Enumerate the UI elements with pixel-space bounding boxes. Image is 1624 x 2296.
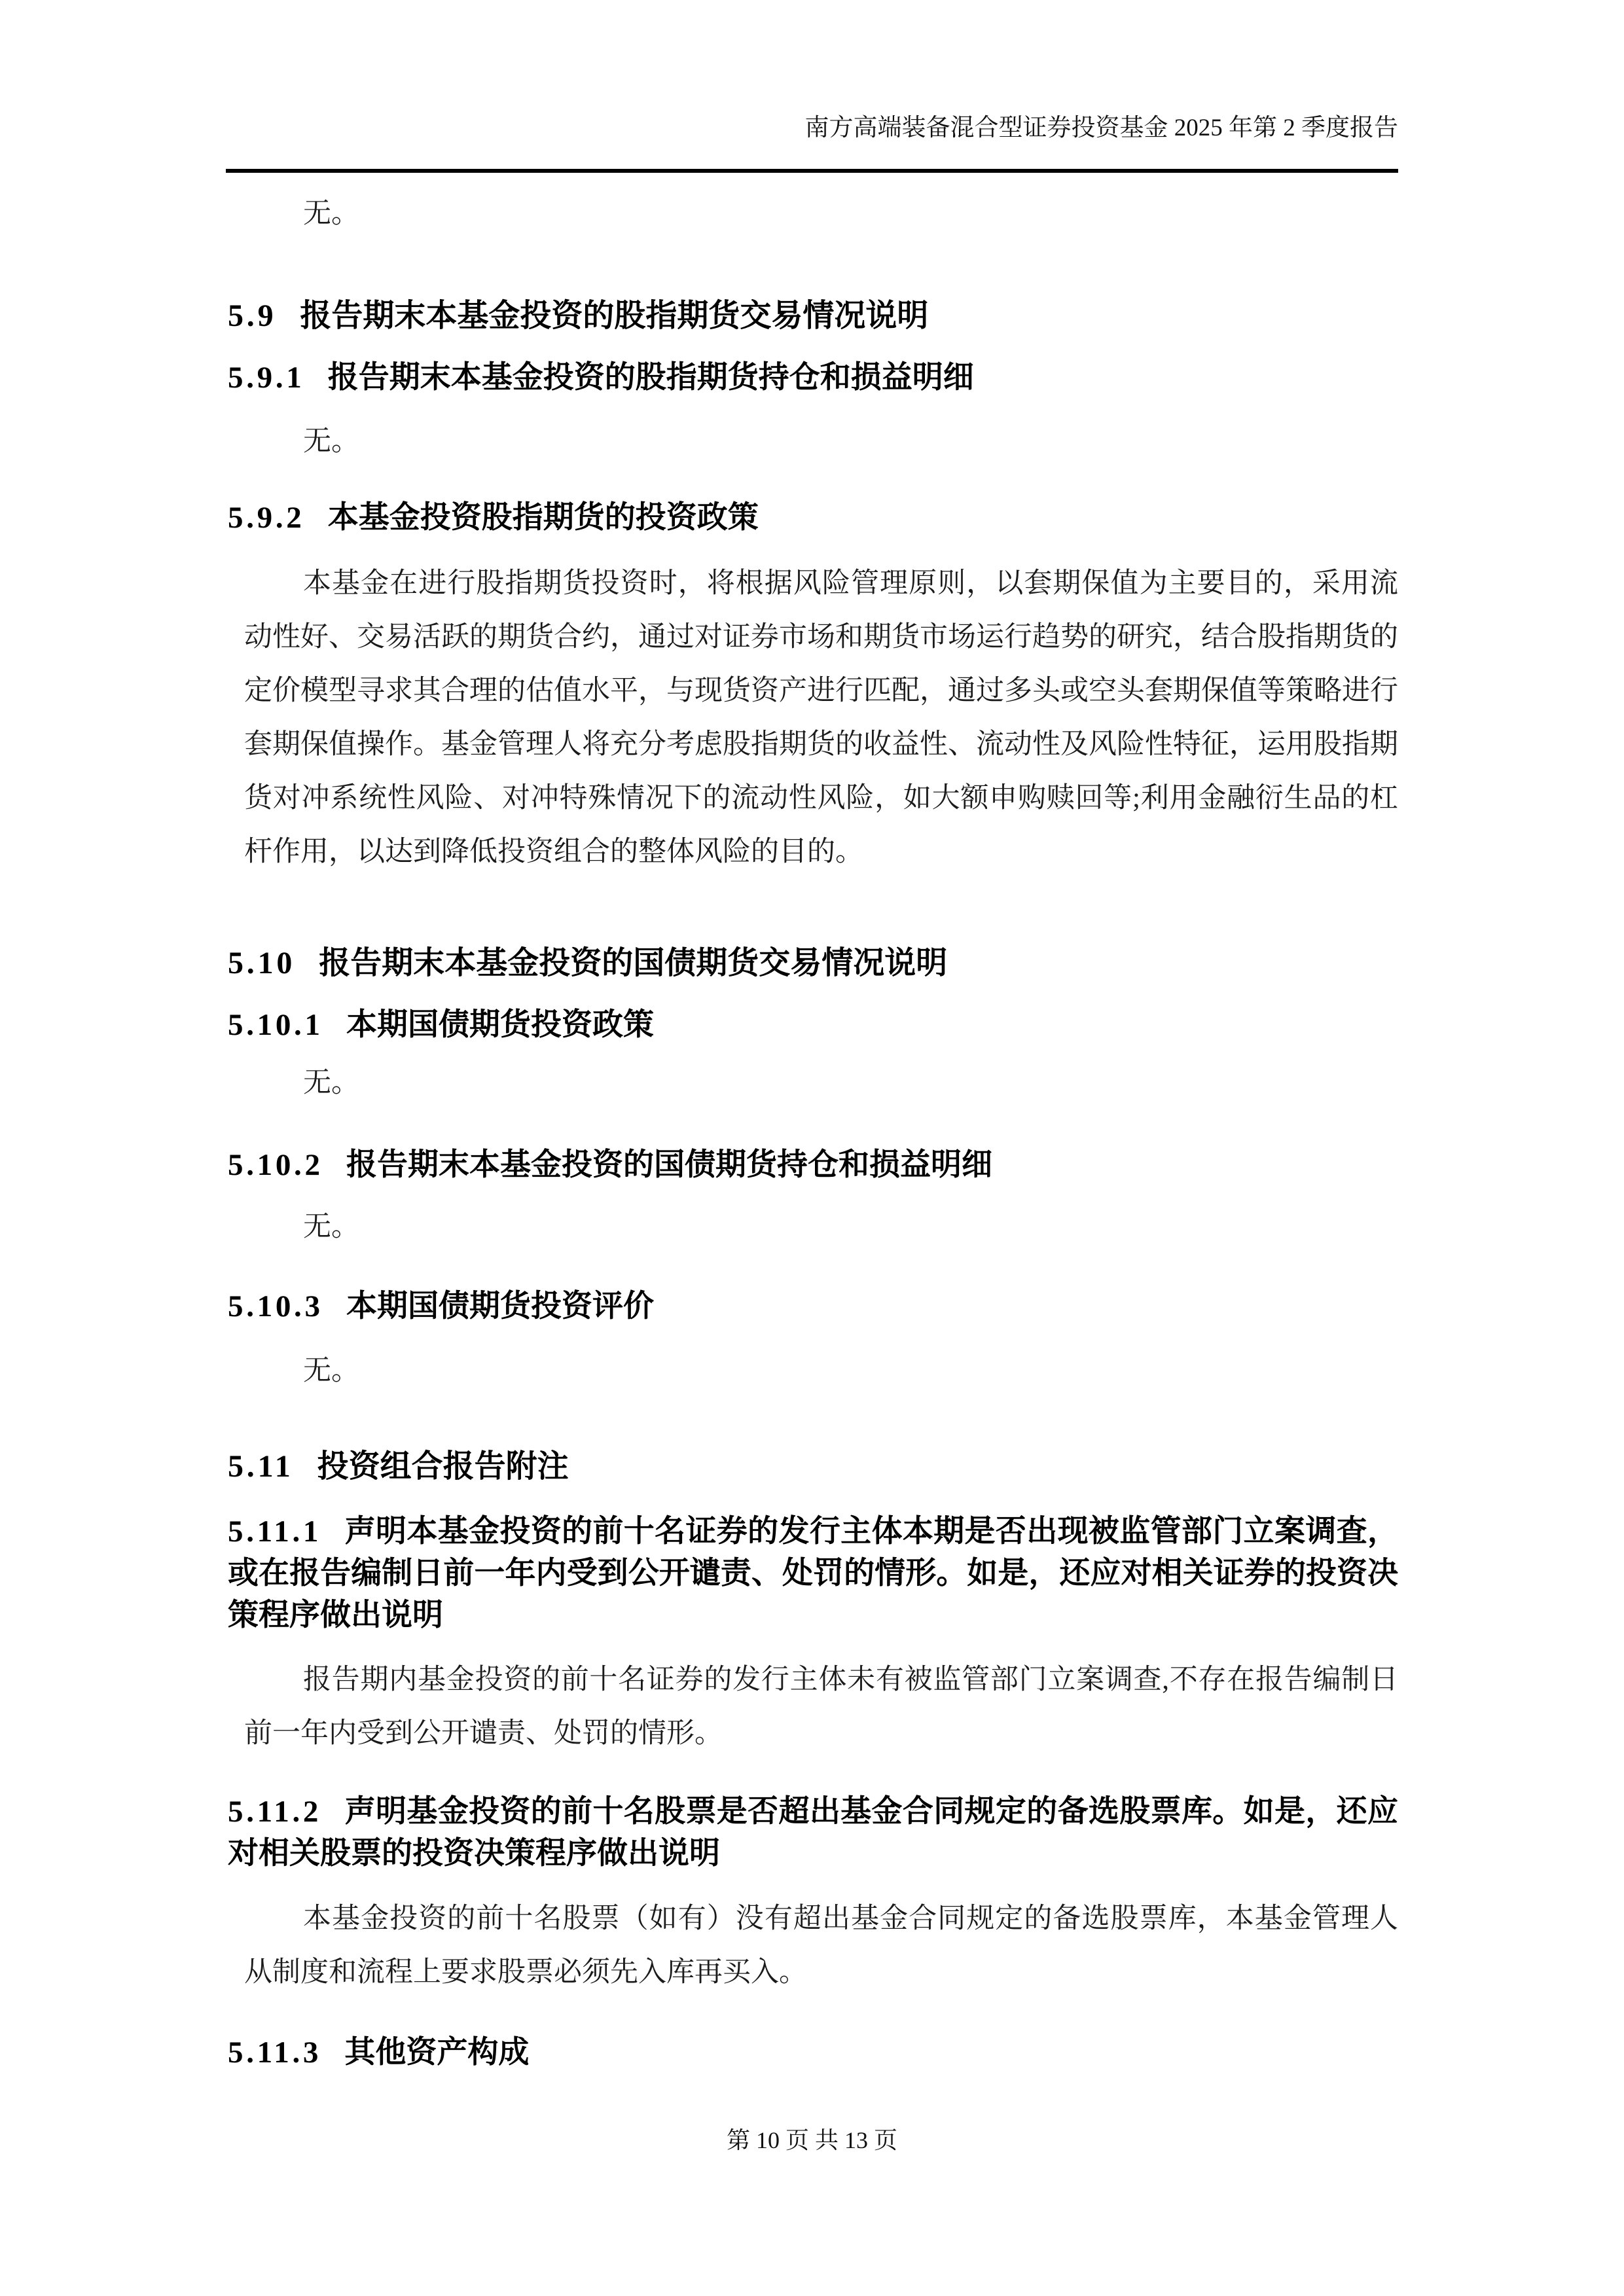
heading-title: 声明基金投资的前十名股票是否超出基金合同规定的备选股票库。如是，还应对相关股票的… (228, 1795, 1398, 1871)
none-text: 无。 (244, 187, 1398, 241)
page-header-title: 南方高端装备混合型证券投资基金 2025 年第 2 季度报告 (226, 113, 1398, 144)
heading-5-11-3: 5.11.3其他资产构成 (228, 2032, 1398, 2073)
heading-5-9-1: 5.9.1报告期末本基金投资的股指期货持仓和损益明细 (228, 357, 1398, 399)
heading-number: 5.11.1 (228, 1515, 321, 1549)
none-text: 无。 (244, 415, 1398, 469)
heading-5-11-2: 5.11.2声明基金投资的前十名股票是否超出基金合同规定的备选股票库。如是，还应… (228, 1791, 1398, 1874)
heading-5-9-2: 5.9.2本基金投资股指期货的投资政策 (228, 497, 1398, 539)
heading-5-11: 5.11投资组合报告附注 (228, 1446, 1398, 1487)
heading-title: 声明本基金投资的前十名证券的发行主体本期是否出现被监管部门立案调查，或在报告编制… (228, 1515, 1398, 1632)
heading-number: 5.10 (228, 946, 295, 980)
heading-5-11-1: 5.11.1声明本基金投资的前十名证券的发行主体本期是否出现被监管部门立案调查，… (228, 1511, 1398, 1636)
heading-5-10: 5.10报告期末本基金投资的国债期货交易情况说明 (228, 943, 1398, 984)
heading-title: 报告期末本基金投资的股指期货交易情况说明 (300, 298, 928, 333)
paragraph-top-securities-statement: 报告期内基金投资的前十名证券的发行主体未有被监管部门立案调查,不存在报告编制日前… (244, 1653, 1398, 1761)
paragraph-stock-index-futures-policy: 本基金在进行股指期货投资时，将根据风险管理原则，以套期保值为主要目的，采用流动性… (244, 557, 1398, 879)
heading-number: 5.11 (228, 1449, 294, 1484)
heading-title: 报告期末本基金投资的国债期货交易情况说明 (319, 946, 947, 980)
heading-number: 5.9.2 (228, 501, 305, 535)
none-text: 无。 (244, 1200, 1398, 1254)
none-text: 无。 (244, 1056, 1398, 1110)
heading-number: 5.11.3 (228, 2036, 321, 2070)
paragraph-top-stocks-statement: 本基金投资的前十名股票（如有）没有超出基金合同规定的备选股票库，本基金管理人从制… (244, 1892, 1398, 2000)
report-page: 南方高端装备混合型证券投资基金 2025 年第 2 季度报告 无。 5.9报告期… (0, 0, 1624, 2296)
heading-title: 报告期末本基金投资的股指期货持仓和损益明细 (328, 361, 974, 395)
heading-title: 报告期末本基金投资的国债期货持仓和损益明细 (346, 1148, 992, 1182)
heading-title: 本期国债期货投资政策 (346, 1008, 654, 1042)
none-text: 无。 (244, 1344, 1398, 1398)
header-rule (226, 169, 1398, 173)
heading-number: 5.10.3 (228, 1289, 323, 1323)
heading-number: 5.10.2 (228, 1148, 323, 1182)
page-footer: 第 10 页 共 13 页 (0, 2126, 1624, 2155)
heading-5-10-3: 5.10.3本期国债期货投资评价 (228, 1285, 1398, 1327)
heading-title: 本期国债期货投资评价 (346, 1289, 654, 1323)
heading-number: 5.9 (228, 298, 276, 333)
heading-5-10-1: 5.10.1本期国债期货投资政策 (228, 1004, 1398, 1046)
heading-5-10-2: 5.10.2报告期末本基金投资的国债期货持仓和损益明细 (228, 1144, 1398, 1186)
heading-title: 本基金投资股指期货的投资政策 (328, 501, 759, 535)
heading-number: 5.10.1 (228, 1008, 323, 1042)
heading-number: 5.11.2 (228, 1795, 321, 1829)
heading-title: 其他资产构成 (344, 2036, 529, 2070)
heading-5-9: 5.9报告期末本基金投资的股指期货交易情况说明 (228, 296, 1398, 336)
heading-title: 投资组合报告附注 (317, 1449, 569, 1484)
heading-number: 5.9.1 (228, 361, 305, 395)
